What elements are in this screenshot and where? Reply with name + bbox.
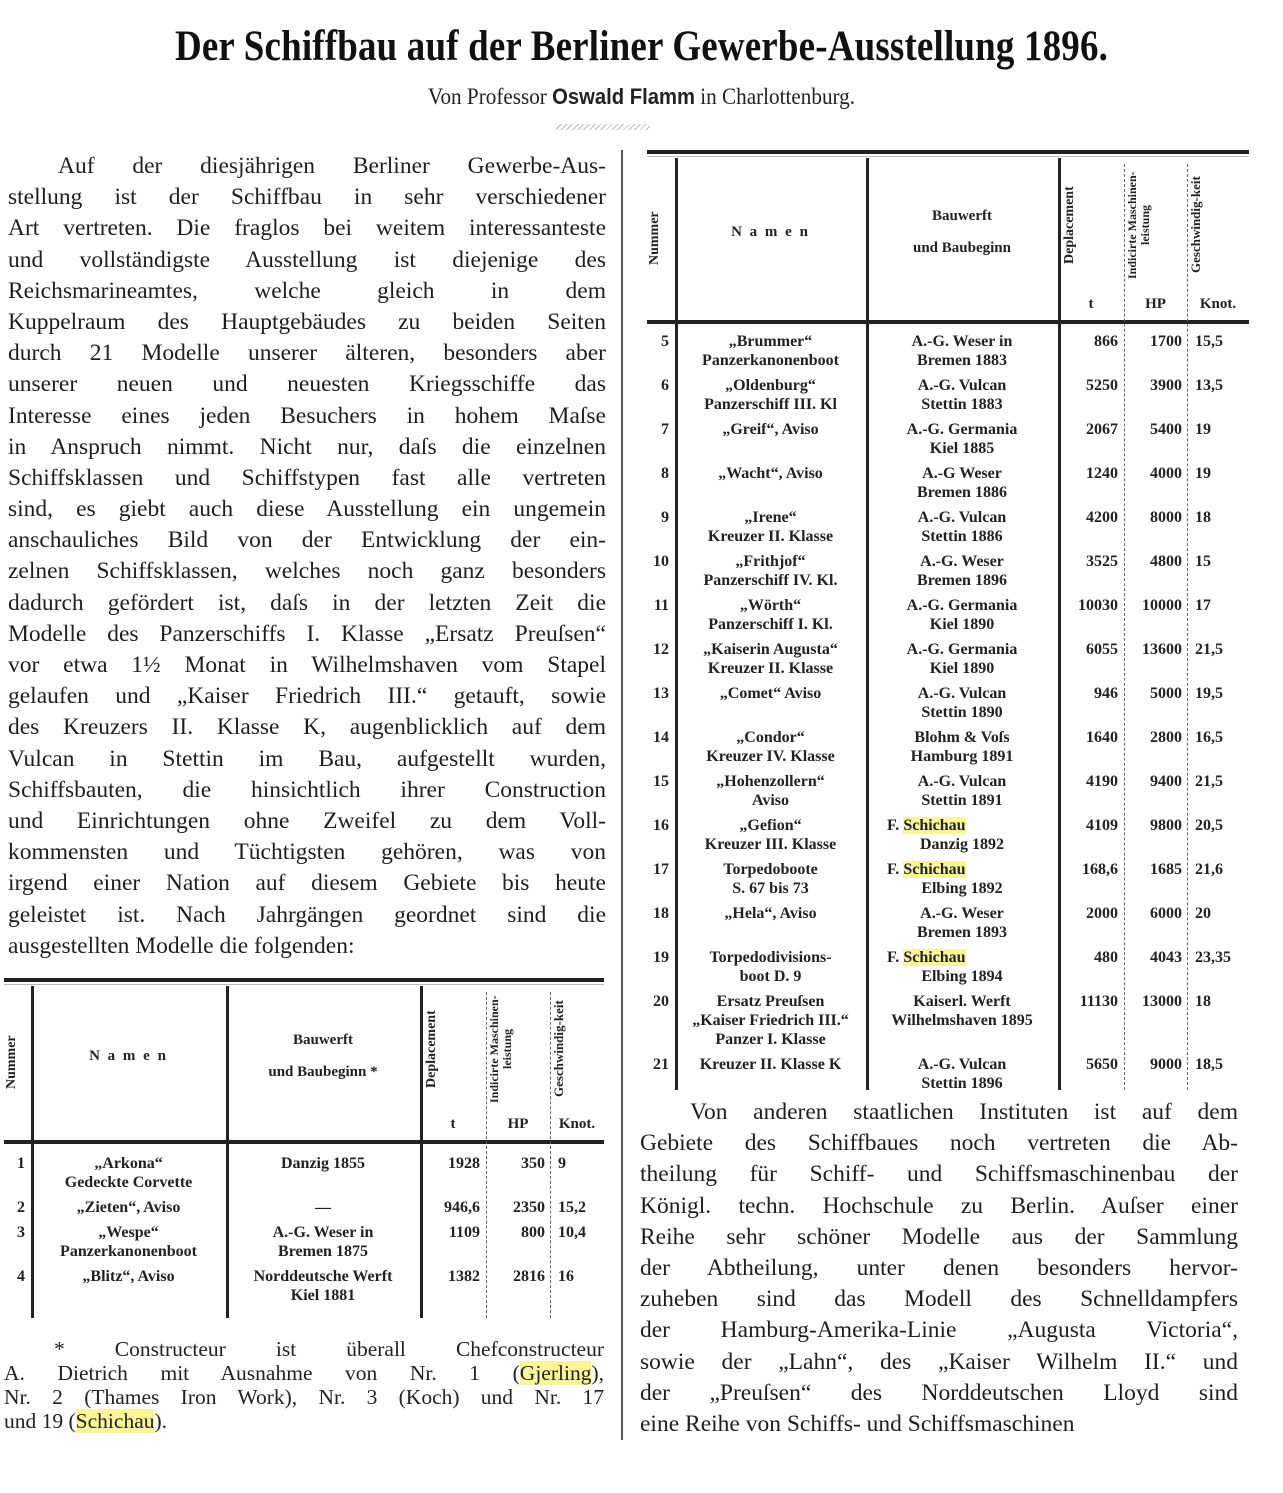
ship-name: „Greif“, Aviso	[678, 420, 863, 439]
row-number: 4	[4, 1267, 25, 1286]
text-line: Von anderen staatlichen Instituten ist a…	[640, 1097, 1238, 1128]
displacement-value: 946	[1062, 684, 1118, 703]
ship-name-line: Panzer I. Klasse	[678, 1030, 863, 1049]
footnote-line: * Constructeur ist überall Chefconstruct…	[4, 1337, 604, 1361]
ship-name-line: „Wespe“	[34, 1223, 223, 1242]
text-line: eine Reihe von Schiffs- und Schiffsmasch…	[640, 1409, 1238, 1440]
table-row: 7„Greif“, AvisoA.-G. GermaniaKiel 188520…	[647, 420, 1249, 464]
text-line: Reihe sehr schöner Modelle aus der Samml…	[640, 1222, 1238, 1253]
shipyard-year: Kiel 1885	[869, 439, 1055, 458]
shipyard-year: Elbing 1894	[869, 967, 1055, 986]
ship-name: „Brummer“Panzerkanonenboot	[678, 332, 863, 370]
row-number: 1	[4, 1154, 25, 1173]
header-leistung: Indicirte Maschinen-leistung	[488, 988, 550, 1110]
shipyard-year: Elbing 1892	[869, 879, 1055, 898]
continuation-paragraph: Von anderen staatlichen Instituten ist a…	[640, 1097, 1238, 1440]
header-leistung-unit: HP	[1124, 296, 1187, 313]
row-number: 15	[647, 772, 669, 791]
horsepower-value: 13600	[1127, 640, 1182, 659]
displacement-value: 1640	[1062, 728, 1118, 747]
row-number: 2	[4, 1198, 25, 1217]
ship-name: „Irene“Kreuzer II. Klasse	[678, 508, 863, 546]
shipyard-year: Kiel 1890	[869, 659, 1055, 678]
displacement-value: 1240	[1062, 464, 1118, 483]
shipyard-line: Kaiserl. Werft	[869, 992, 1055, 1011]
speed-value: 21,5	[1195, 772, 1247, 791]
displacement-value: 866	[1062, 332, 1118, 351]
horsepower-value: 10000	[1127, 596, 1182, 615]
text-line: zelnen Schiffsklassen, welches noch ganz…	[8, 556, 606, 587]
ship-name: „Arkona“Gedeckte Corvette	[34, 1154, 223, 1192]
header-baubeginn: und Baubeginn *	[226, 1057, 420, 1087]
shipyard-line: A.-G. Germania	[869, 420, 1055, 439]
header-leistung-unit: HP	[486, 1116, 550, 1133]
speed-value: 19,5	[1195, 684, 1247, 703]
speed-value: 18,5	[1195, 1055, 1247, 1074]
displacement-value: 11130	[1062, 992, 1118, 1011]
ship-table-left: NummerN a m e nBauwerftund Baubeginn *De…	[4, 978, 604, 1318]
table-top-rule-thin	[4, 984, 604, 985]
ship-name: „Oldenburg“Panzerschiff III. Kl	[678, 376, 863, 414]
text-line: stellung ist der Schiffbau in sehr versc…	[8, 182, 606, 213]
ship-name-line: „Wörth“	[678, 596, 863, 615]
speed-value: 15,5	[1195, 332, 1247, 351]
ship-name-line: Panzerschiff I. Kl.	[678, 615, 863, 634]
speed-value: 13,5	[1195, 376, 1247, 395]
displacement-value: 1109	[424, 1223, 480, 1242]
speed-value: 9	[558, 1154, 602, 1173]
row-number: 7	[647, 420, 669, 439]
table-row: 17TorpedobooteS. 67 bis 73F. SchichauElb…	[647, 860, 1249, 904]
horsepower-value: 1700	[1127, 332, 1182, 351]
speed-value: 20,5	[1195, 816, 1247, 835]
ship-name-line: „Condor“	[678, 728, 863, 747]
ship-name-line: „Brummer“	[678, 332, 863, 351]
text-line: Auf der diesjährigen Berliner Gewerbe-Au…	[8, 151, 606, 182]
shipyard-year: Hamburg 1891	[869, 747, 1055, 766]
horsepower-value: 9400	[1127, 772, 1182, 791]
shipyard: Danzig 1855	[229, 1154, 417, 1173]
ship-name: TorpedobooteS. 67 bis 73	[678, 860, 863, 898]
header-geschwindigkeit: Geschwindig-keit	[552, 988, 604, 1110]
table-header-rule	[4, 1140, 604, 1144]
text-line: Interesse eines jeden Besuchers in hohem…	[8, 401, 606, 432]
table-row: 13„Comet“ AvisoA.-G. VulcanStettin 18909…	[647, 684, 1249, 728]
table-row: 5„Brummer“PanzerkanonenbootA.-G. Weser i…	[647, 332, 1249, 376]
speed-value: 21,5	[1195, 640, 1247, 659]
text-line: vor etwa 1½ Monat in Wilhelmshaven vom S…	[8, 650, 606, 681]
shipyard-year: Stettin 1896	[869, 1074, 1055, 1093]
speed-value: 18	[1195, 508, 1247, 527]
shipyard-year: Stettin 1890	[869, 703, 1055, 722]
text-line: sind, es giebt auch diese Ausstellung ei…	[8, 494, 606, 525]
text-line: irgend einer Nation auf diesem Gebiete b…	[8, 868, 606, 899]
ship-name-line: Torpedodivisions-	[678, 948, 863, 967]
shipyard: F. SchichauElbing 1894	[869, 948, 1055, 986]
ship-name-line: Kreuzer II. Klasse	[678, 659, 863, 678]
horsepower-value: 2350	[489, 1198, 545, 1217]
displacement-value: 10030	[1062, 596, 1118, 615]
displacement-value: 3525	[1062, 552, 1118, 571]
text-line: der „Preuſsen“ des Norddeutschen Lloyd s…	[640, 1378, 1238, 1409]
shipyard: F. SchichauElbing 1892	[869, 860, 1055, 898]
article-title: Der Schiffbau auf der Berliner Gewerbe-A…	[90, 22, 1193, 71]
ship-name-line: „Greif“, Aviso	[678, 420, 863, 439]
shipyard-line: A.-G Weser	[869, 464, 1055, 483]
row-number: 18	[647, 904, 669, 923]
ship-name: „Gefion“Kreuzer III. Klasse	[678, 816, 863, 854]
shipyard-line: A.-G. Weser in	[869, 332, 1055, 351]
shipyard: A.-G. WeserBremen 1893	[869, 904, 1055, 942]
horsepower-value: 5000	[1127, 684, 1182, 703]
shipyard-line: A.-G. Vulcan	[869, 684, 1055, 703]
text-line: der Hamburg-Amerika-Linie „Augusta Victo…	[640, 1315, 1238, 1346]
shipyard-line: A.-G. Vulcan	[869, 1055, 1055, 1074]
displacement-value: 168,6	[1062, 860, 1118, 879]
shipyard: A.-G. VulcanStettin 1896	[869, 1055, 1055, 1093]
ship-name: „Kaiserin Augusta“Kreuzer II. Klasse	[678, 640, 863, 678]
speed-value: 19	[1195, 420, 1247, 439]
ship-name: „Blitz“, Aviso	[34, 1267, 223, 1286]
text-line: Art vertreten. Die fraglos bei weitem in…	[8, 213, 606, 244]
row-number: 17	[647, 860, 669, 879]
text-line: des Kreuzers II. Klasse K, augenblicklic…	[8, 712, 606, 743]
text-line: theilung für Schiff- und Schiffsmaschine…	[640, 1159, 1238, 1190]
text-line: geleistet ist. Nach Jahrgängen geordnet …	[8, 900, 606, 931]
row-number: 9	[647, 508, 669, 527]
highlighted-name: Gjerling	[520, 1361, 592, 1385]
text-line: dadurch gefördert ist, daſs in der letzt…	[8, 588, 606, 619]
ship-name: „Wörth“Panzerschiff I. Kl.	[678, 596, 863, 634]
shipyard: A.-G. GermaniaKiel 1890	[869, 640, 1055, 678]
ship-name: „Wacht“, Aviso	[678, 464, 863, 483]
ship-name: „Hela“, Aviso	[678, 904, 863, 923]
shipyard: A.-G. WeserBremen 1896	[869, 552, 1055, 590]
header-nummer: Nummer	[4, 988, 31, 1136]
horsepower-value: 2816	[489, 1267, 545, 1286]
ship-name-line: „Comet“ Aviso	[678, 684, 863, 703]
displacement-value: 4109	[1062, 816, 1118, 835]
table-row: 20Ersatz Preuſsen„Kaiser Friedrich III.“…	[647, 992, 1249, 1055]
shipyard-prefix: F.	[887, 949, 903, 966]
displacement-value: 4190	[1062, 772, 1118, 791]
text-line: Reichsmarineamtes, welche gleich in dem	[8, 276, 606, 307]
ship-name-line: S. 67 bis 73	[678, 879, 863, 898]
text-line: Vulcan in Stettin im Bau, aufgestellt wu…	[8, 744, 606, 775]
ship-name-line: boot D. 9	[678, 967, 863, 986]
text-line: und Einrichtungen ohne Zweifel zu dem Vo…	[8, 806, 606, 837]
shipyard-line: A.-G. Vulcan	[869, 376, 1055, 395]
shipyard-line: Danzig 1855	[229, 1154, 417, 1173]
ship-name-line: „Frithjof“	[678, 552, 863, 571]
ship-name: „Hohenzollern“Aviso	[678, 772, 863, 810]
header-bauwerft: Bauwerft	[226, 1025, 420, 1055]
shipyard: A.-G. Weser inBremen 1875	[229, 1223, 417, 1261]
text-line: zuheben sind das Modell des Schnelldampf…	[640, 1284, 1238, 1315]
ship-name-line: „Hela“, Aviso	[678, 904, 863, 923]
shipyard: A.-G. Weser inBremen 1883	[869, 332, 1055, 370]
shipyard-line: A.-G. Weser	[869, 552, 1055, 571]
horsepower-value: 5400	[1127, 420, 1182, 439]
footnote: * Constructeur ist überall Chefconstruct…	[4, 1337, 604, 1433]
row-number: 3	[4, 1223, 25, 1242]
table-top-rule-thin	[647, 156, 1249, 157]
highlighted-name: Schichau	[76, 1409, 155, 1433]
ship-name-line: „Blitz“, Aviso	[34, 1267, 223, 1286]
speed-value: 19	[1195, 464, 1247, 483]
header-geschwindigkeit: Geschwindig-keit	[1189, 160, 1249, 290]
shipyard-line: A.-G. Weser	[869, 904, 1055, 923]
text-line: sowie der „Lahn“, des „Kaiser Wilhelm II…	[640, 1347, 1238, 1378]
text-line: Schiffsklassen und Schiffstypen fast all…	[8, 463, 606, 494]
table-row: 19Torpedodivisions-boot D. 9F. SchichauE…	[647, 948, 1249, 992]
header-geschwindigkeit-unit: Knot.	[1187, 296, 1249, 313]
shipyard-year: Wilhelmshaven 1895	[869, 1011, 1055, 1030]
decorative-divider	[555, 124, 650, 130]
table-top-rule	[647, 150, 1249, 154]
speed-value: 15	[1195, 552, 1247, 571]
horsepower-value: 9000	[1127, 1055, 1182, 1074]
table-row: 3„Wespe“PanzerkanonenbootA.-G. Weser inB…	[4, 1223, 604, 1267]
highlighted-shipyard: Schichau	[903, 861, 965, 878]
shipyard-line: A.-G. Vulcan	[869, 772, 1055, 791]
text-line: in Anspruch nimmt. Nicht nur, daſs die e…	[8, 432, 606, 463]
shipyard-line: A.-G. Weser in	[229, 1223, 417, 1242]
table-row: 15„Hohenzollern“AvisoA.-G. VulcanStettin…	[647, 772, 1249, 816]
displacement-value: 1382	[424, 1267, 480, 1286]
table-row: 9„Irene“Kreuzer II. KlasseA.-G. VulcanSt…	[647, 508, 1249, 552]
text-line: Königl. techn. Hochschule zu Berlin. Auſ…	[640, 1191, 1238, 1222]
ship-name-line: „Kaiserin Augusta“	[678, 640, 863, 659]
shipyard-line: A.-G. Germania	[869, 596, 1055, 615]
speed-value: 16	[558, 1267, 602, 1286]
shipyard-prefix: F.	[887, 861, 903, 878]
ship-name-line: Aviso	[678, 791, 863, 810]
ship-name: „Condor“Kreuzer IV. Klasse	[678, 728, 863, 766]
horsepower-value: 4043	[1127, 948, 1182, 967]
row-number: 13	[647, 684, 669, 703]
row-number: 19	[647, 948, 669, 967]
header-bauwerft: Bauwerft	[866, 201, 1058, 231]
text-line: der Abtheilung, unter denen besonders he…	[640, 1253, 1238, 1284]
shipyard-year: Bremen 1875	[229, 1242, 417, 1261]
ship-name-line: „Oldenburg“	[678, 376, 863, 395]
shipyard: A.-G. GermaniaKiel 1885	[869, 420, 1055, 458]
text-line: anschauliches Bild von der Entwicklung d…	[8, 525, 606, 556]
shipyard-year: Bremen 1886	[869, 483, 1055, 502]
horsepower-value: 350	[489, 1154, 545, 1173]
displacement-value: 5650	[1062, 1055, 1118, 1074]
table-row: 4„Blitz“, AvisoNorddeutsche WerftKiel 18…	[4, 1267, 604, 1311]
shipyard-line: F. Schichau	[869, 948, 1055, 967]
row-number: 20	[647, 992, 669, 1011]
ship-name-line: Ersatz Preuſsen	[678, 992, 863, 1011]
ship-name: Kreuzer II. Klasse K	[678, 1055, 863, 1074]
shipyard: A.-G WeserBremen 1886	[869, 464, 1055, 502]
speed-value: 23,35	[1195, 948, 1247, 967]
byline-suffix: in Charlottenburg.	[695, 84, 855, 109]
shipyard: Norddeutsche WerftKiel 1881	[229, 1267, 417, 1305]
displacement-value: 6055	[1062, 640, 1118, 659]
ship-name-line: „Arkona“	[34, 1154, 223, 1173]
horsepower-value: 4800	[1127, 552, 1182, 571]
header-deplacement: Deplacement	[424, 988, 486, 1110]
column-divider	[621, 150, 623, 1440]
ship-name-line: Panzerschiff III. Kl	[678, 395, 863, 414]
table-row: 18„Hela“, AvisoA.-G. WeserBremen 1893200…	[647, 904, 1249, 948]
displacement-value: 1928	[424, 1154, 480, 1173]
text-line: Modelle des Panzerschiffs I. Klasse „Ers…	[8, 619, 606, 650]
horsepower-value: 8000	[1127, 508, 1182, 527]
shipyard: A.-G. VulcanStettin 1886	[869, 508, 1055, 546]
speed-value: 16,5	[1195, 728, 1247, 747]
footnote-line: Nr. 2 (Thames Iron Work), Nr. 3 (Koch) u…	[4, 1385, 604, 1409]
shipyard-year: Bremen 1883	[869, 351, 1055, 370]
speed-value: 21,6	[1195, 860, 1247, 879]
table-top-rule	[4, 978, 604, 982]
speed-value: 10,4	[558, 1223, 602, 1242]
displacement-value: 4200	[1062, 508, 1118, 527]
row-number: 12	[647, 640, 669, 659]
shipyard-line: Norddeutsche Werft	[229, 1267, 417, 1286]
ship-name-line: Kreuzer II. Klasse K	[678, 1055, 863, 1074]
displacement-value: 5250	[1062, 376, 1118, 395]
table-row: 21Kreuzer II. Klasse KA.-G. VulcanStetti…	[647, 1055, 1249, 1099]
shipyard-line: A.-G. Vulcan	[869, 508, 1055, 527]
row-number: 6	[647, 376, 669, 395]
text-line: und vollständigste Ausstellung ist dieje…	[8, 245, 606, 276]
ship-name-line: Kreuzer IV. Klasse	[678, 747, 863, 766]
text-line: Gebiete des Schiffbaues noch vertreten d…	[640, 1128, 1238, 1159]
ship-name-line: Kreuzer III. Klasse	[678, 835, 863, 854]
table-row: 12„Kaiserin Augusta“Kreuzer II. KlasseA.…	[647, 640, 1249, 684]
row-number: 21	[647, 1055, 669, 1074]
row-number: 16	[647, 816, 669, 835]
horsepower-value: 9800	[1127, 816, 1182, 835]
shipyard-year: Stettin 1891	[869, 791, 1055, 810]
highlighted-shipyard: Schichau	[903, 817, 965, 834]
shipyard: F. SchichauDanzig 1892	[869, 816, 1055, 854]
byline-prefix: Von Professor	[428, 84, 552, 109]
ship-name-line: Kreuzer II. Klasse	[678, 527, 863, 546]
table-header-rule	[647, 320, 1249, 324]
ship-name-line: Panzerschiff IV. Kl.	[678, 571, 863, 590]
text-line: kommensten und Tüchtigsten gehören, was …	[8, 837, 606, 868]
text-line: ausgestellten Modelle die folgenden:	[8, 931, 606, 962]
shipyard: A.-G. VulcanStettin 1890	[869, 684, 1055, 722]
table-row: 2„Zieten“, Aviso—946,6235015,2	[4, 1198, 604, 1223]
footnote-line: A. Dietrich mit Ausnahme von Nr. 1 (Gjer…	[4, 1361, 604, 1385]
shipyard-year: Stettin 1883	[869, 395, 1055, 414]
header-namen: N a m e n	[31, 1041, 226, 1071]
shipyard: —	[229, 1198, 417, 1217]
row-number: 14	[647, 728, 669, 747]
speed-value: 18	[1195, 992, 1247, 1011]
shipyard-line: F. Schichau	[869, 860, 1055, 879]
horsepower-value: 13000	[1127, 992, 1182, 1011]
ship-name-line: Gedeckte Corvette	[34, 1173, 223, 1192]
speed-value: 15,2	[558, 1198, 602, 1217]
ship-name-line: „Kaiser Friedrich III.“	[678, 1011, 863, 1030]
header-namen: N a m e n	[675, 217, 866, 247]
ship-name-line: Panzerkanonenboot	[34, 1242, 223, 1261]
shipyard-line: Blohm & Voſs	[869, 728, 1055, 747]
ship-name-line: „Irene“	[678, 508, 863, 527]
shipyard-year: Kiel 1881	[229, 1286, 417, 1305]
displacement-value: 2067	[1062, 420, 1118, 439]
shipyard: Blohm & VoſsHamburg 1891	[869, 728, 1055, 766]
row-number: 5	[647, 332, 669, 351]
shipyard-year: Kiel 1890	[869, 615, 1055, 634]
shipyard-year: Stettin 1886	[869, 527, 1055, 546]
text-line: Kuppelraum des Hauptgebäudes zu beiden S…	[8, 307, 606, 338]
ship-name-line: Torpedoboote	[678, 860, 863, 879]
shipyard-line: F. Schichau	[869, 816, 1055, 835]
text-line: Schiffsbauten, die hinsichtlich ihrer Co…	[8, 775, 606, 806]
speed-value: 17	[1195, 596, 1247, 615]
header-geschwindigkeit-unit: Knot.	[550, 1116, 604, 1133]
table-row: 1„Arkona“Gedeckte CorvetteDanzig 1855192…	[4, 1154, 604, 1198]
ship-name-line: „Gefion“	[678, 816, 863, 835]
shipyard-year: Bremen 1896	[869, 571, 1055, 590]
horsepower-value: 1685	[1127, 860, 1182, 879]
ship-name-line: „Wacht“, Aviso	[678, 464, 863, 483]
speed-value: 20	[1195, 904, 1247, 923]
shipyard-line: —	[229, 1198, 417, 1217]
shipyard: Kaiserl. WerftWilhelmshaven 1895	[869, 992, 1055, 1030]
horsepower-value: 800	[489, 1223, 545, 1242]
header-deplacement: Deplacement	[1062, 160, 1124, 290]
ship-table-right: NummerN a m e nBauwerftund BaubeginnDepl…	[647, 150, 1249, 1090]
displacement-value: 480	[1062, 948, 1118, 967]
ship-name: Torpedodivisions-boot D. 9	[678, 948, 863, 986]
row-number: 10	[647, 552, 669, 571]
footnote-line: und 19 (Schichau).	[4, 1409, 604, 1433]
table-row: 14„Condor“Kreuzer IV. KlasseBlohm & Voſs…	[647, 728, 1249, 772]
row-number: 11	[647, 596, 669, 615]
header-deplacement-unit: t	[1058, 296, 1124, 313]
text-line: unserer neuen und neuesten Kriegsschiffe…	[8, 369, 606, 400]
ship-name: „Zieten“, Aviso	[34, 1198, 223, 1217]
horsepower-value: 2800	[1127, 728, 1182, 747]
row-number: 8	[647, 464, 669, 483]
horsepower-value: 3900	[1127, 376, 1182, 395]
displacement-value: 2000	[1062, 904, 1118, 923]
shipyard-year: Danzig 1892	[869, 835, 1055, 854]
shipyard-prefix: F.	[887, 817, 903, 834]
shipyard: A.-G. VulcanStettin 1891	[869, 772, 1055, 810]
ship-name: „Wespe“Panzerkanonenboot	[34, 1223, 223, 1261]
text-line: gelaufen und „Kaiser Friedrich III.“ get…	[8, 681, 606, 712]
ship-name-line: „Hohenzollern“	[678, 772, 863, 791]
ship-name: Ersatz Preuſsen„Kaiser Friedrich III.“Pa…	[678, 992, 863, 1049]
highlighted-shipyard: Schichau	[903, 949, 965, 966]
horsepower-value: 6000	[1127, 904, 1182, 923]
shipyard: A.-G. VulcanStettin 1883	[869, 376, 1055, 414]
table-row: 10„Frithjof“Panzerschiff IV. Kl.A.-G. We…	[647, 552, 1249, 596]
header-deplacement-unit: t	[420, 1116, 486, 1133]
header-baubeginn: und Baubeginn	[866, 233, 1058, 263]
table-row: 6„Oldenburg“Panzerschiff III. KlA.-G. Vu…	[647, 376, 1249, 420]
text-line: durch 21 Modelle unserer älteren, besond…	[8, 338, 606, 369]
horsepower-value: 4000	[1127, 464, 1182, 483]
byline: Von Professor Oswald Flamm in Charlotten…	[51, 84, 1231, 110]
ship-name: „Frithjof“Panzerschiff IV. Kl.	[678, 552, 863, 590]
displacement-value: 946,6	[424, 1198, 480, 1217]
table-row: 8„Wacht“, AvisoA.-G WeserBremen 18861240…	[647, 464, 1249, 508]
author-name: Oswald Flamm	[552, 84, 695, 109]
header-nummer: Nummer	[647, 160, 675, 316]
